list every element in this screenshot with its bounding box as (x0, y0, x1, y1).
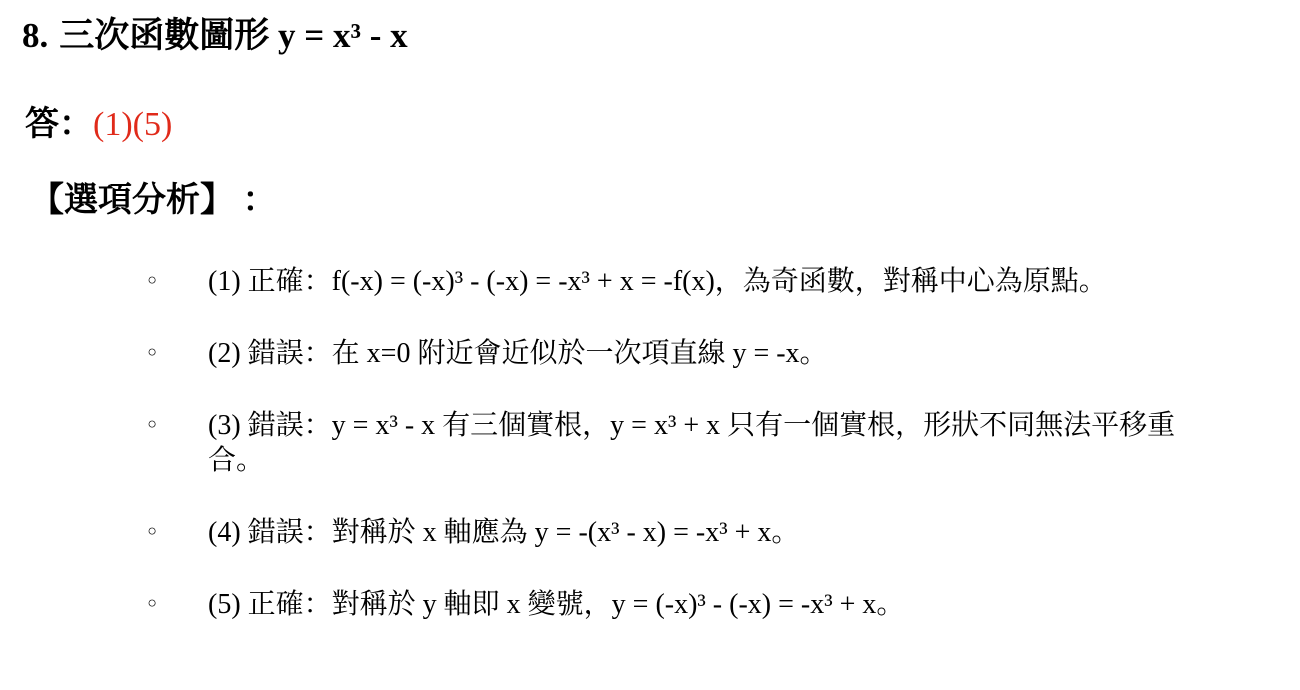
analysis-item-text: (2) 錯誤：在 x=0 附近會近似於一次項直線 y = -x。 (208, 336, 828, 371)
problem-title-text: 三次函數圖形 y = x³ - x (59, 16, 407, 55)
bullet-icon: ◦ (145, 408, 208, 443)
analysis-list: ◦ (1) 正確：f(-x) = (-x)³ - (-x) = -x³ + x … (22, 264, 1260, 622)
analysis-item-text: (5) 正確：對稱於 y 軸即 x 變號，y = (-x)³ - (-x) = … (208, 587, 904, 622)
analysis-item-text: (1) 正確：f(-x) = (-x)³ - (-x) = -x³ + x = … (208, 264, 1107, 299)
analysis-heading: 【選項分析】 ： (30, 181, 1260, 222)
answer-label: 答： (25, 106, 93, 143)
answer-value: (1)(5) (93, 106, 172, 143)
bullet-icon: ◦ (145, 587, 208, 622)
analysis-item-3: ◦ (3) 錯誤：y = x³ - x 有三個實根，y = x³ + x 只有一… (145, 408, 1260, 478)
bullet-icon: ◦ (145, 264, 208, 299)
problem-title: 8.三次函數圖形 y = x³ - x (22, 15, 1260, 57)
analysis-item-1: ◦ (1) 正確：f(-x) = (-x)³ - (-x) = -x³ + x … (145, 264, 1260, 299)
analysis-item-2: ◦ (2) 錯誤：在 x=0 附近會近似於一次項直線 y = -x。 (145, 336, 1260, 371)
analysis-item-5: ◦ (5) 正確：對稱於 y 軸即 x 變號，y = (-x)³ - (-x) … (145, 587, 1260, 622)
analysis-item-4: ◦ (4) 錯誤：對稱於 x 軸應為 y = -(x³ - x) = -x³ +… (145, 515, 1260, 550)
analysis-item-text: (3) 錯誤：y = x³ - x 有三個實根，y = x³ + x 只有一個實… (208, 408, 1223, 478)
bullet-icon: ◦ (145, 336, 208, 371)
analysis-item-text: (4) 錯誤：對稱於 x 軸應為 y = -(x³ - x) = -x³ + x… (208, 515, 799, 550)
problem-number: 8. (22, 16, 48, 55)
answer-line: 答：(1)(5) (25, 105, 1260, 146)
document: 8.三次函數圖形 y = x³ - x 答：(1)(5) 【選項分析】 ： ◦ … (0, 0, 1300, 622)
bullet-icon: ◦ (145, 515, 208, 550)
